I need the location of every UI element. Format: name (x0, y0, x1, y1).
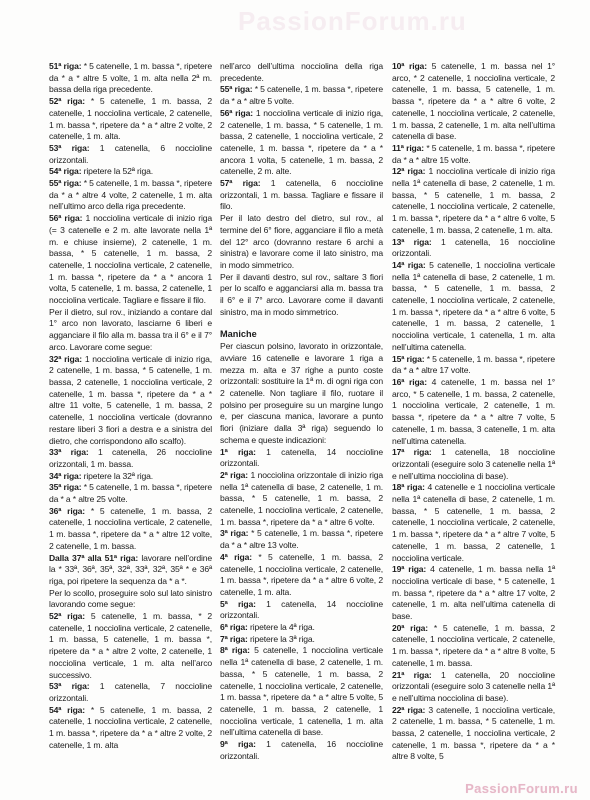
row-text: Per il lato destro del dietro, sul rov.,… (220, 213, 383, 270)
row-label: 55ª riga: (220, 84, 252, 94)
row-label: 10ª riga: (392, 61, 427, 71)
pattern-row: 51ª riga: * 5 catenelle, 1 m. bassa *, r… (49, 61, 212, 96)
paragraph: Per lo scollo, proseguire solo sul lato … (49, 588, 212, 611)
row-text: 5 catenelle, 1 nocciolina verticale nell… (220, 645, 383, 737)
row-text: 5 catenelle, 1 m. bassa nel 1° arco, * 2… (392, 61, 555, 141)
row-label: 4ª riga: (220, 552, 252, 562)
pattern-row: 18ª riga: 4 catenelle e 1 nocciolina ver… (392, 482, 555, 564)
row-label: 3ª riga: (220, 528, 248, 538)
row-text: ripetere la 4ª riga. (250, 622, 315, 632)
row-label: 35ª riga: (49, 482, 81, 492)
row-label: 33ª riga: (49, 447, 89, 457)
row-text: 1 nocciolina verticale di inizio riga, 2… (220, 108, 383, 177)
row-label: 17ª riga: (392, 447, 432, 457)
row-label: 51ª riga: (49, 61, 81, 71)
pattern-row: 5ª riga: 1 catenella, 14 noccioline oriz… (220, 599, 383, 622)
row-label: 6ª riga: (220, 622, 248, 632)
pattern-row: 52ª riga: 5 catenelle, 1 m. bassa, * 2 c… (49, 611, 212, 681)
row-text: 4 catenelle e 1 nocciolina verticale nel… (392, 482, 555, 562)
pattern-row: 54ª riga: * 5 catenelle, 1 m. bassa, 2 c… (49, 705, 212, 752)
pattern-row: 7ª riga: ripetere la 3ª riga. (220, 634, 383, 646)
pattern-row: 8ª riga: 5 catenelle, 1 nocciolina verti… (220, 645, 383, 739)
pattern-row: 53ª riga: 1 catenella, 6 noccioline oriz… (49, 143, 212, 166)
pattern-row: 17ª riga: 1 catenella, 18 noccioline ori… (392, 447, 555, 482)
pattern-row: 3ª riga: * 5 catenelle, 1 m. bassa *, ri… (220, 528, 383, 551)
pattern-row: 11ª riga: * 5 catenelle, 1 m. bassa *, r… (392, 143, 555, 166)
watermark-ghost-top: PassionForum.ru (238, 6, 467, 37)
pattern-row: 54ª riga: ripetere la 52ª riga. (49, 166, 212, 178)
row-text: nell’arco dell’ultima nocciolina della r… (220, 61, 383, 83)
section-heading: Maniche (220, 329, 383, 341)
row-text: 5 catenelle, 1 nocciolina verticale nell… (392, 260, 555, 352)
row-label: 1ª riga: (220, 447, 256, 457)
pattern-row: 13ª riga: 1 catenella, 16 noccioline ori… (392, 237, 555, 260)
paragraph: Per il dietro, sul rov., iniziando a con… (49, 307, 212, 354)
row-text: 5 catenelle, 1 m. bassa, * 2 catenelle, … (49, 611, 212, 680)
row-label: 7ª riga: (220, 634, 248, 644)
pattern-row: 56ª riga: 1 nocciolina verticale di iniz… (49, 213, 212, 307)
magazine-page: PassionForum.ru 51ª riga: * 5 catenelle,… (0, 0, 590, 800)
row-text: 1 nocciolina verticale di inizio riga, 2… (49, 354, 212, 446)
row-text: 1 nocciolina verticale di inizio riga ne… (392, 166, 555, 235)
row-label: 9ª riga: (220, 739, 256, 749)
row-label: 57ª riga: (220, 178, 260, 188)
pattern-row: 53ª riga: 1 catenella, 7 noccioline oriz… (49, 681, 212, 704)
paragraph: Per il lato destro del dietro, sul rov.,… (220, 213, 383, 272)
row-label: 5ª riga: (220, 599, 256, 609)
text-column-1: 51ª riga: * 5 catenelle, 1 m. bassa *, r… (49, 61, 212, 751)
row-label: 14ª riga: (392, 260, 426, 270)
row-label: 54ª riga: (49, 705, 85, 715)
pattern-row: 55ª riga: * 5 catenelle, 1 m. bassa *, r… (49, 178, 212, 213)
pattern-row: 20ª riga: * 5 catenelle, 1 m. bassa, 2 c… (392, 623, 555, 670)
pattern-row: 1ª riga: 1 catenella, 14 noccioline oriz… (220, 447, 383, 470)
row-label: 32ª riga: (49, 354, 82, 364)
pattern-row: 6ª riga: ripetere la 4ª riga. (220, 622, 383, 634)
pattern-row: 14ª riga: 5 catenelle, 1 nocciolina vert… (392, 260, 555, 354)
row-label: 56ª riga: (220, 108, 253, 118)
heading-text: Maniche (220, 329, 257, 339)
row-label: 56ª riga: (49, 213, 82, 223)
row-label: 12ª riga: (392, 166, 425, 176)
pattern-row: 21ª riga: 1 catenella, 20 noccioline ori… (392, 670, 555, 705)
pattern-row: 15ª riga: * 5 catenelle, 1 m. bassa *, r… (392, 354, 555, 377)
pattern-row: 19ª riga: 4 catenelle, 1 m. bassa nella … (392, 564, 555, 623)
pattern-row: 57ª riga: 1 catenella, 6 noccioline oriz… (220, 178, 383, 213)
row-label: 18ª riga: (392, 482, 425, 492)
row-label: Dalla 37ª alla 51ª riga: (49, 553, 138, 563)
row-label: 21ª riga: (392, 670, 432, 680)
pattern-row: 22ª riga: 3 catenelle, 1 nocciolina vert… (392, 705, 555, 764)
row-text: 1 nocciolina verticale di inizio riga (=… (49, 213, 212, 305)
text-column-2: nell’arco dell’ultima nocciolina della r… (220, 61, 383, 762)
row-text: ripetere la 32ª riga. (84, 471, 153, 481)
row-label: 19ª riga: (392, 564, 426, 574)
pattern-row: 52ª riga: * 5 catenelle, 1 m. bassa, 2 c… (49, 96, 212, 143)
pattern-row: 35ª riga: * 5 catenelle, 1 m. bassa *, r… (49, 482, 212, 505)
row-label: 11ª riga: (392, 143, 424, 153)
pattern-row: 2ª riga: 1 nocciolina orizzontale di ini… (220, 470, 383, 529)
pattern-row: 56ª riga: 1 nocciolina verticale di iniz… (220, 108, 383, 178)
row-text: Per il davanti destro, sul rov., saltare… (220, 272, 383, 317)
paragraph: Per il davanti destro, sul rov., saltare… (220, 272, 383, 319)
pattern-row: 33ª riga: 1 catenella, 26 noccioline ori… (49, 447, 212, 470)
pattern-row: 55ª riga: * 5 catenelle, 1 m. bassa *, r… (220, 84, 383, 107)
row-label: 22ª riga: (392, 705, 425, 715)
pattern-row: 16ª riga: 4 catenelle, 1 m. bassa nel 1°… (392, 377, 555, 447)
row-label: 13ª riga: (392, 237, 432, 247)
row-text: ripetere la 52ª riga. (84, 166, 153, 176)
row-label: 53ª riga: (49, 681, 89, 691)
pattern-row: 9ª riga: 1 catenella, 16 noccioline oriz… (220, 739, 383, 762)
row-text: Per lo scollo, proseguire solo sul lato … (49, 588, 212, 610)
row-label: 2ª riga: (220, 470, 248, 480)
watermark: PassionForum.ru (465, 781, 578, 796)
pattern-row: 10ª riga: 5 catenelle, 1 m. bassa nel 1°… (392, 61, 555, 143)
row-label: 36ª riga: (49, 506, 85, 516)
pattern-row: 32ª riga: 1 nocciolina verticale di iniz… (49, 354, 212, 448)
pattern-row: Dalla 37ª alla 51ª riga: lavorare nell’o… (49, 553, 212, 588)
row-text: ripetere la 3ª riga. (250, 634, 315, 644)
paragraph: Per ciascun polsino, lavorato in orizzon… (220, 341, 383, 446)
pattern-row: 34ª riga: ripetere la 32ª riga. (49, 471, 212, 483)
row-text: Per ciascun polsino, lavorato in orizzon… (220, 341, 383, 445)
row-label: 52ª riga: (49, 611, 85, 621)
text-column-3: 10ª riga: 5 catenelle, 1 m. bassa nel 1°… (392, 61, 555, 763)
paragraph: nell’arco dell’ultima nocciolina della r… (220, 61, 383, 84)
row-label: 8ª riga: (220, 645, 250, 655)
pattern-row: 36ª riga: * 5 catenelle, 1 m. bassa, 2 c… (49, 506, 212, 553)
row-label: 16ª riga: (392, 377, 427, 387)
row-label: 20ª riga: (392, 623, 428, 633)
row-text: Per il dietro, sul rov., iniziando a con… (49, 307, 212, 352)
pattern-row: 4ª riga: * 5 catenelle, 1 m. bassa, 2 ca… (220, 552, 383, 599)
row-label: 34ª riga: (49, 471, 81, 481)
row-label: 53ª riga: (49, 143, 89, 153)
pattern-row: 12ª riga: 1 nocciolina verticale di iniz… (392, 166, 555, 236)
row-label: 54ª riga: (49, 166, 81, 176)
row-label: 52ª riga: (49, 96, 85, 106)
row-label: 15ª riga: (392, 354, 424, 364)
row-text: 4 catenelle, 1 m. bassa nel 1° arco, * 5… (392, 377, 555, 446)
row-label: 55ª riga: (49, 178, 81, 188)
